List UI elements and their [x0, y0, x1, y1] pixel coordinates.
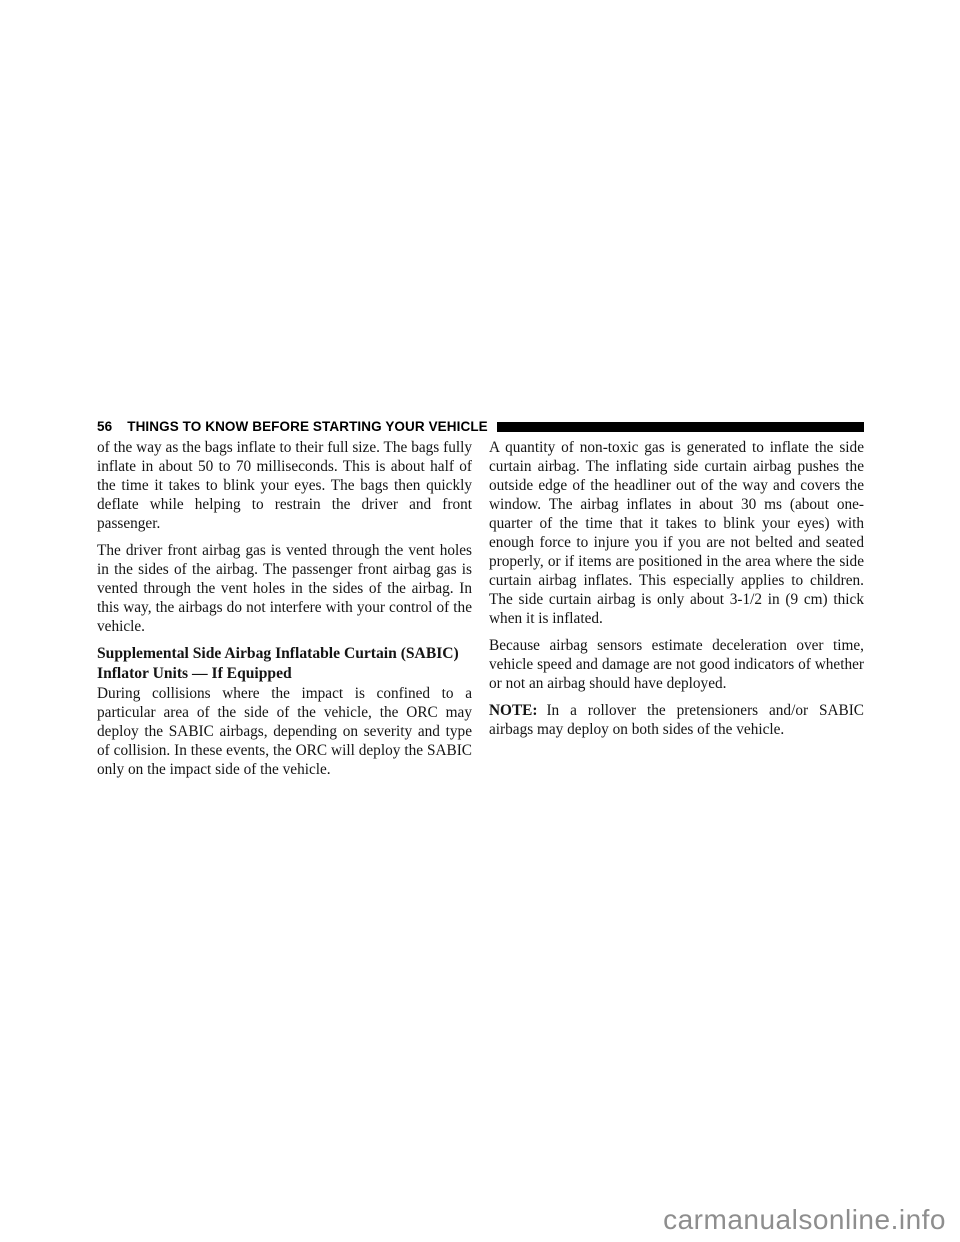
paragraph-curtain-gas: A quantity of non-toxic gas is generated… [489, 438, 864, 628]
right-column: A quantity of non-toxic gas is generated… [489, 438, 864, 779]
header-title: THINGS TO KNOW BEFORE STARTING YOUR VEHI… [127, 419, 488, 434]
page-header: 56 THINGS TO KNOW BEFORE STARTING YOUR V… [97, 419, 864, 434]
paragraph-bags-inflate: of the way as the bags inflate to their … [97, 438, 472, 533]
paragraph-sabic-deploy: During collisions where the impact is co… [97, 684, 472, 779]
note-text: In a rollover the pretensioners and/or S… [489, 702, 864, 738]
left-column: of the way as the bags inflate to their … [97, 438, 472, 779]
page-number: 56 [97, 419, 112, 434]
section-heading-sabic: Supplemental Side Airbag Inflatable Curt… [97, 644, 472, 683]
paragraph-airbag-sensors: Because airbag sensors estimate decelera… [489, 636, 864, 693]
text-columns: of the way as the bags inflate to their … [97, 438, 864, 779]
paragraph-vent-holes: The driver front airbag gas is vented th… [97, 541, 472, 636]
manual-page: 56 THINGS TO KNOW BEFORE STARTING YOUR V… [0, 0, 960, 1242]
header-rule-bar [497, 422, 864, 432]
note-label: NOTE: [489, 702, 537, 719]
note-paragraph: NOTE:In a rollover the pretensioners and… [489, 701, 864, 739]
watermark: carmanualsonline.info [663, 1204, 946, 1236]
